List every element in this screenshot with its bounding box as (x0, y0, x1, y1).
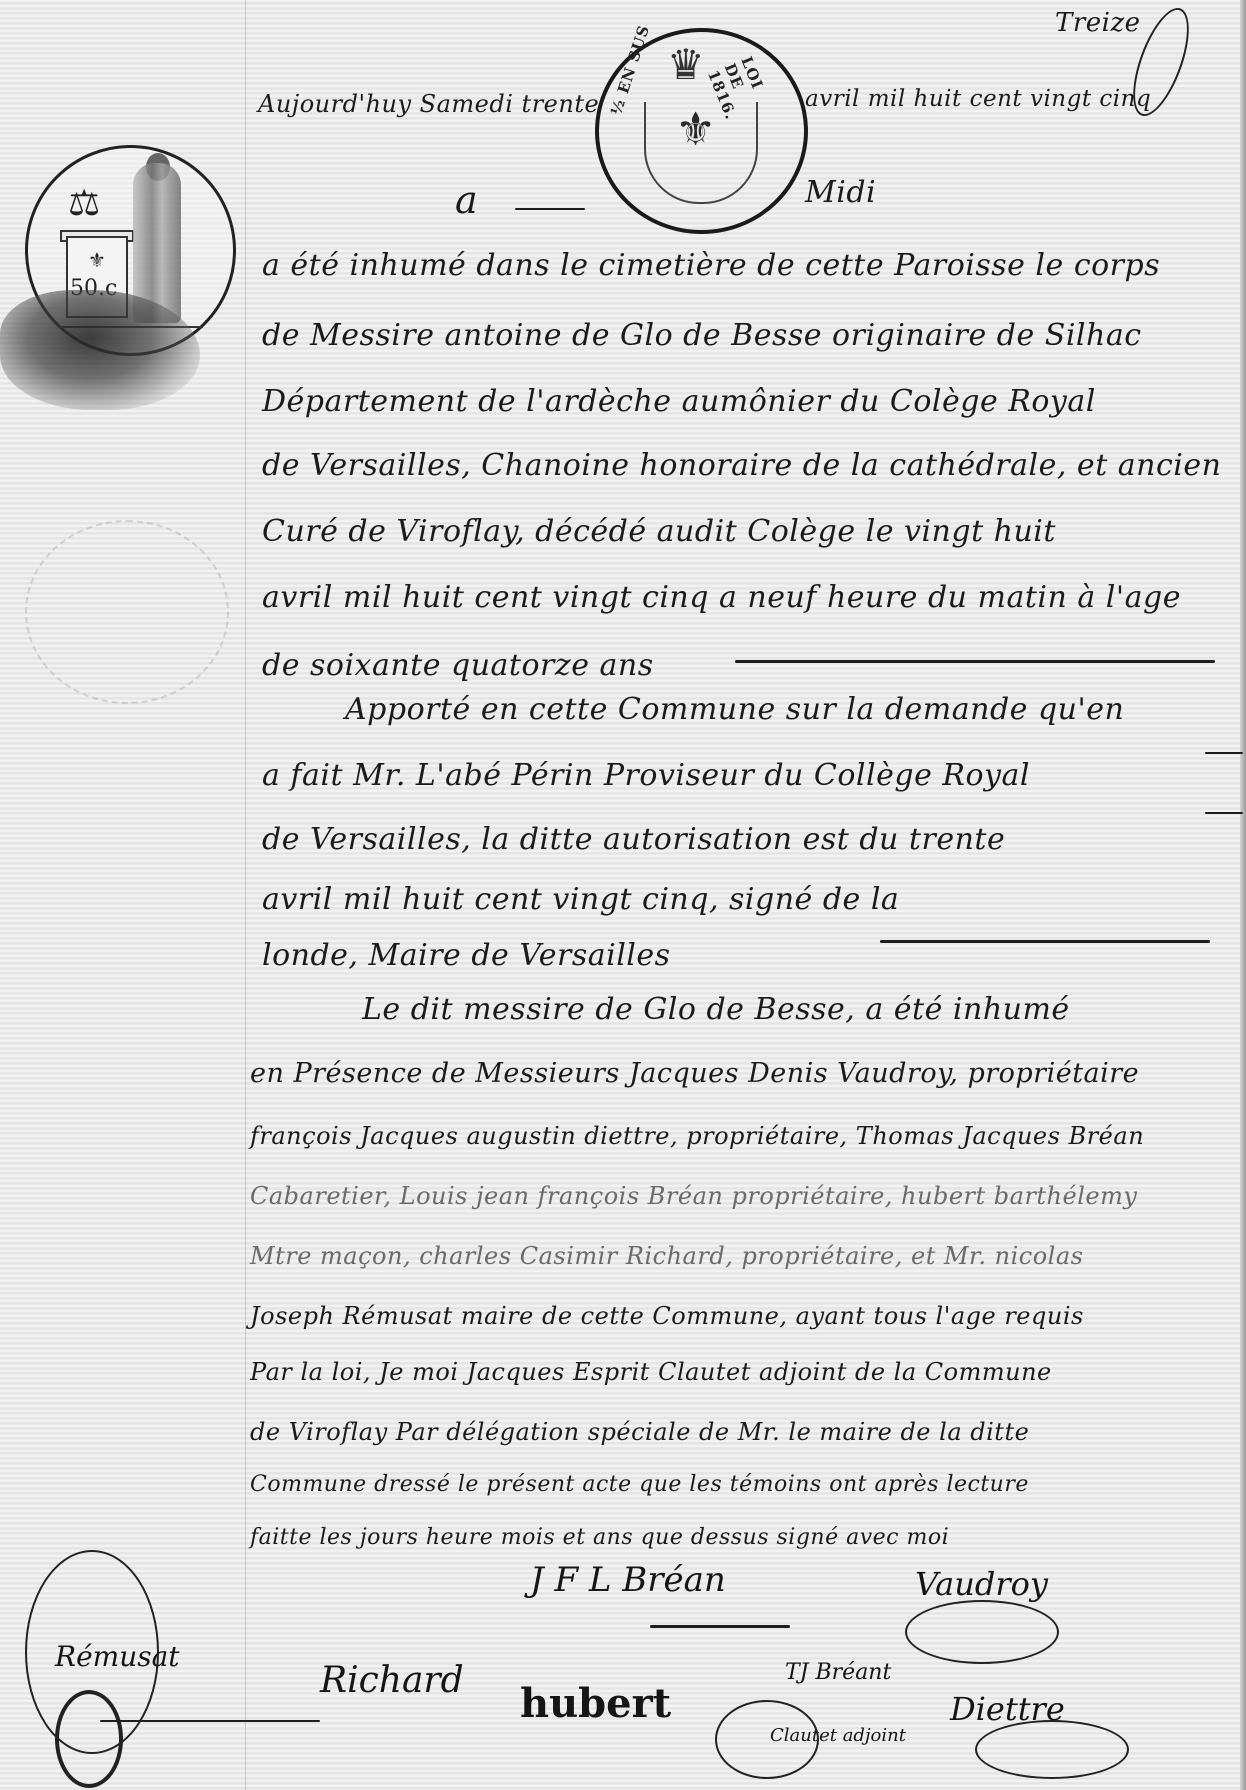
body-line: a été inhumé dans le cimetière de cette … (262, 248, 1160, 283)
body-line: de Messire antoine de Glo de Besse origi… (262, 318, 1142, 353)
signature: J F L Bréan (530, 1560, 726, 1600)
body-line: Mtre maçon, charles Casimir Richard, pro… (250, 1242, 1083, 1270)
signature-underline (100, 1720, 320, 1722)
line-filler (880, 940, 1210, 943)
body-line: a fait Mr. L'abé Périn Proviseur du Coll… (262, 758, 1030, 793)
signature-flourish (905, 1600, 1059, 1664)
header-date-right: avril mil huit cent vingt cinq (805, 86, 1151, 112)
line-filler (1205, 752, 1243, 754)
scales-icon: ⚖ (68, 183, 100, 224)
body-line: Par la loi, Je moi Jacques Esprit Claute… (250, 1358, 1052, 1386)
time-value: Midi (805, 175, 876, 210)
document-page: Treize ⚖ ⚜ 50.c ♛ ⚜ ½ EN SUS LOI DE 1816… (0, 0, 1246, 1790)
body-line: avril mil huit cent vingt cinq, signé de… (262, 882, 899, 917)
header-date-left: Aujourd'huy Samedi trente (258, 90, 599, 118)
faint-stamp-impression (25, 520, 229, 704)
body-line: de Viroflay Par délégation spéciale de M… (250, 1418, 1029, 1446)
body-line: de Versailles, Chanoine honoraire de la … (262, 448, 1221, 483)
body-line: avril mil huit cent vingt cinq a neuf he… (262, 580, 1181, 615)
body-line: de Versailles, la ditte autorisation est… (262, 822, 1005, 857)
signature-flourish (55, 1690, 123, 1788)
line-filler (1205, 812, 1243, 814)
signature: Vaudroy (915, 1565, 1048, 1603)
body-line: Joseph Rémusat maire de cette Commune, a… (250, 1302, 1084, 1330)
fleur-de-lis-icon: ⚜ (88, 248, 106, 272)
signature-flourish (975, 1720, 1129, 1779)
body-line: Apporté en cette Commune sur la demande … (345, 692, 1124, 727)
signature: Richard (320, 1660, 464, 1701)
margin-line (245, 0, 246, 1790)
body-line: Le dit messire de Glo de Besse, a été in… (362, 992, 1070, 1027)
crown-icon: ♛ (667, 40, 705, 89)
signature: TJ Bréant (785, 1660, 891, 1685)
signature-flourish (715, 1700, 819, 1779)
time-prefix: a (455, 178, 478, 222)
time-dash (515, 208, 585, 210)
body-line: Cabaretier, Louis jean françois Bréan pr… (250, 1182, 1137, 1210)
body-line: londe, Maire de Versailles (262, 938, 671, 973)
signature: hubert (520, 1680, 671, 1727)
body-line: faitte les jours heure mois et ans que d… (250, 1525, 949, 1550)
body-line: Commune dressé le présent acte que les t… (250, 1472, 1029, 1497)
line-filler (735, 660, 1215, 663)
signature-underline (650, 1625, 790, 1628)
royal-stamp: ♛ ⚜ ½ EN SUS LOI DE 1816. (595, 28, 808, 234)
fleur-de-lis-icon: ⚜ (675, 102, 716, 156)
body-line: Département de l'ardèche aumônier du Col… (262, 384, 1096, 419)
body-line: françois Jacques augustin diettre, propr… (250, 1122, 1144, 1150)
body-line: en Présence de Messieurs Jacques Denis V… (250, 1058, 1139, 1089)
body-line: de soixante quatorze ans (262, 648, 654, 683)
corner-note: Treize (1055, 8, 1141, 38)
page-edge-shadow (1240, 0, 1246, 1790)
body-line: Curé de Viroflay, décédé audit Colège le… (262, 514, 1056, 549)
signature: Rémusat (55, 1640, 180, 1673)
